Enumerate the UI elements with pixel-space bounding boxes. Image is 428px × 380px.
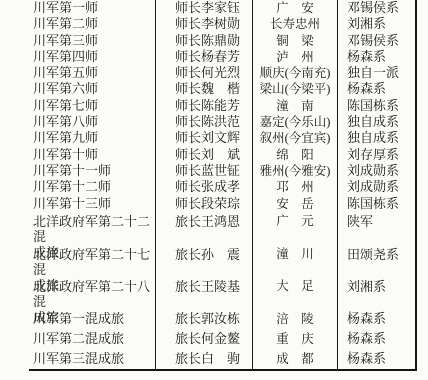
garrison-cell: 顺庆(今南充) (252, 65, 337, 81)
garrison-cell: 安 岳 (252, 196, 337, 212)
faction-cell: 刘成勋系 (337, 179, 415, 195)
unit-cell: 川军第十一师 (29, 163, 155, 179)
table-row: 川军第六师师长魏 楷梁山(今梁平)杨森系 (29, 81, 415, 97)
commander-cell: 师长刘 斌 (155, 147, 252, 163)
table-body: 川军第一师师长李家钰广 安邓锡侯系川军第二师师长李树勋长寿忠州刘湘系川军第三师师… (29, 0, 415, 369)
faction-cell: 陈国栋系 (337, 196, 415, 212)
commander-cell: 师长段荣琮 (155, 196, 252, 212)
commander-cell: 师长李树勋 (155, 16, 252, 32)
garrison-cell: 梁山(今梁平) (252, 81, 337, 97)
table-row: 北洋政府军第二十八混 成旅旅长王陵基大 足刘湘系 (29, 277, 415, 309)
commander-cell: 师长蓝世钲 (155, 163, 252, 179)
faction-cell: 刘存厚系 (337, 147, 415, 163)
table-row: 川军第一师师长李家钰广 安邓锡侯系 (29, 0, 415, 16)
unit-cell: 川军第二师 (29, 16, 155, 32)
unit-cell: 川军第三混成旅 (29, 349, 155, 369)
table-row: 川军第九师师长刘文辉叙州(今宜宾)独自成系 (29, 130, 415, 146)
garrison-cell: 重 庆 (252, 329, 337, 349)
garrison-cell: 叙州(今宜宾) (252, 130, 337, 146)
garrison-cell: 雅州(今雅安) (252, 163, 337, 179)
commander-cell: 旅长王陵基 (155, 277, 252, 309)
table-row: 川军第五师师长何光烈顺庆(今南充)独自一派 (29, 65, 415, 81)
table-row: 川军第四师师长杨春芳泸 州杨森系 (29, 49, 415, 65)
unit-cell: 北洋政府军第二十八混 成旅 (29, 277, 155, 309)
unit-cell: 川军第十二师 (29, 179, 155, 195)
faction-cell: 独自成系 (337, 130, 415, 146)
faction-cell: 独自成系 (337, 114, 415, 130)
garrison-cell: 广 安 (252, 0, 337, 16)
garrison-cell: 绵 阳 (252, 147, 337, 163)
commander-cell: 旅长孙 震 (155, 245, 252, 277)
table-row: 北洋政府军第二十七混 成旅旅长孙 震潼 川田颂尧系 (29, 245, 415, 277)
unit-cell: 川军第五师 (29, 65, 155, 81)
faction-cell: 杨森系 (337, 49, 415, 65)
table-row: 川军第三混成旅旅长白 驹成 都杨森系 (29, 349, 415, 369)
unit-cell: 川军第十三师 (29, 196, 155, 212)
faction-cell: 刘湘系 (337, 16, 415, 32)
garrison-cell: 长寿忠州 (252, 16, 337, 32)
garrison-cell: 嘉定(今乐山) (252, 114, 337, 130)
table-row: 川军第十三师师长段荣琮安 岳陈国栋系 (29, 196, 415, 212)
commander-cell: 旅长何金鳌 (155, 329, 252, 349)
unit-cell: 北洋政府军第二十二混 成旅 (29, 212, 155, 245)
unit-cell: 川军第一师 (29, 0, 155, 16)
commander-cell: 旅长白 驹 (155, 349, 252, 369)
unit-cell: 川军第一混成旅 (29, 309, 155, 329)
commander-cell: 师长魏 楷 (155, 81, 252, 97)
faction-cell: 杨森系 (337, 81, 415, 97)
garrison-cell: 广 元 (252, 212, 337, 245)
unit-cell: 川军第三师 (29, 33, 155, 49)
table-row: 川军第七师师长陈能芳潼 南陈国栋系 (29, 98, 415, 114)
faction-cell: 刘湘系 (337, 277, 415, 309)
garrison-cell: 大 足 (252, 277, 337, 309)
faction-cell: 邓锡侯系 (337, 0, 415, 16)
unit-cell: 川军第九师 (29, 130, 155, 146)
table-row: 川军第十二师师长张成孝邛 州刘成勋系 (29, 179, 415, 195)
commander-cell: 师长刘文辉 (155, 130, 252, 146)
faction-cell: 陕军 (337, 212, 415, 245)
faction-cell: 杨森系 (337, 309, 415, 329)
faction-cell: 杨森系 (337, 329, 415, 349)
table-row: 北洋政府军第二十二混 成旅旅长王鸿恩广 元陕军 (29, 212, 415, 245)
unit-cell: 川军第二混成旅 (29, 329, 155, 349)
commander-cell: 师长张成孝 (155, 179, 252, 195)
unit-cell: 川军第四师 (29, 49, 155, 65)
faction-cell: 陈国栋系 (337, 98, 415, 114)
commander-cell: 旅长王鸿恩 (155, 212, 252, 245)
garrison-table: 川军第一师师长李家钰广 安邓锡侯系川军第二师师长李树勋长寿忠州刘湘系川军第三师师… (29, 0, 417, 371)
unit-cell: 川军第八师 (29, 114, 155, 130)
table-row: 川军第一混成旅旅长郭汝栋涪 陵杨森系 (29, 309, 415, 329)
commander-cell: 师长李家钰 (155, 0, 252, 16)
commander-cell: 师长陈鼎勋 (155, 33, 252, 49)
garrison-cell: 潼 川 (252, 245, 337, 277)
unit-cell: 北洋政府军第二十七混 成旅 (29, 245, 155, 277)
garrison-cell: 成 都 (252, 349, 337, 369)
commander-cell: 师长杨春芳 (155, 49, 252, 65)
table-row: 川军第三师师长陈鼎勋铜 梁邓锡侯系 (29, 33, 415, 49)
faction-cell: 田颂尧系 (337, 245, 415, 277)
table-row: 川军第十师师长刘 斌绵 阳刘存厚系 (29, 147, 415, 163)
commander-cell: 师长何光烈 (155, 65, 252, 81)
unit-cell: 川军第十师 (29, 147, 155, 163)
garrison-cell: 邛 州 (252, 179, 337, 195)
table-row: 川军第二混成旅旅长何金鳌重 庆杨森系 (29, 329, 415, 349)
faction-cell: 独自一派 (337, 65, 415, 81)
unit-cell: 川军第七师 (29, 98, 155, 114)
faction-cell: 邓锡侯系 (337, 33, 415, 49)
garrison-cell: 潼 南 (252, 98, 337, 114)
faction-cell: 刘成勋系 (337, 163, 415, 179)
faction-cell: 杨森系 (337, 349, 415, 369)
commander-cell: 旅长郭汝栋 (155, 309, 252, 329)
page-background: 川军第一师师长李家钰广 安邓锡侯系川军第二师师长李树勋长寿忠州刘湘系川军第三师师… (0, 0, 428, 380)
table-row: 川军第十一师师长蓝世钲雅州(今雅安)刘成勋系 (29, 163, 415, 179)
garrison-cell: 泸 州 (252, 49, 337, 65)
unit-cell: 川军第六师 (29, 81, 155, 97)
garrison-cell: 铜 梁 (252, 33, 337, 49)
table-row: 川军第八师师长陈洪范嘉定(今乐山)独自成系 (29, 114, 415, 130)
garrison-cell: 涪 陵 (252, 309, 337, 329)
commander-cell: 师长陈能芳 (155, 98, 252, 114)
commander-cell: 师长陈洪范 (155, 114, 252, 130)
table-row: 川军第二师师长李树勋长寿忠州刘湘系 (29, 16, 415, 32)
